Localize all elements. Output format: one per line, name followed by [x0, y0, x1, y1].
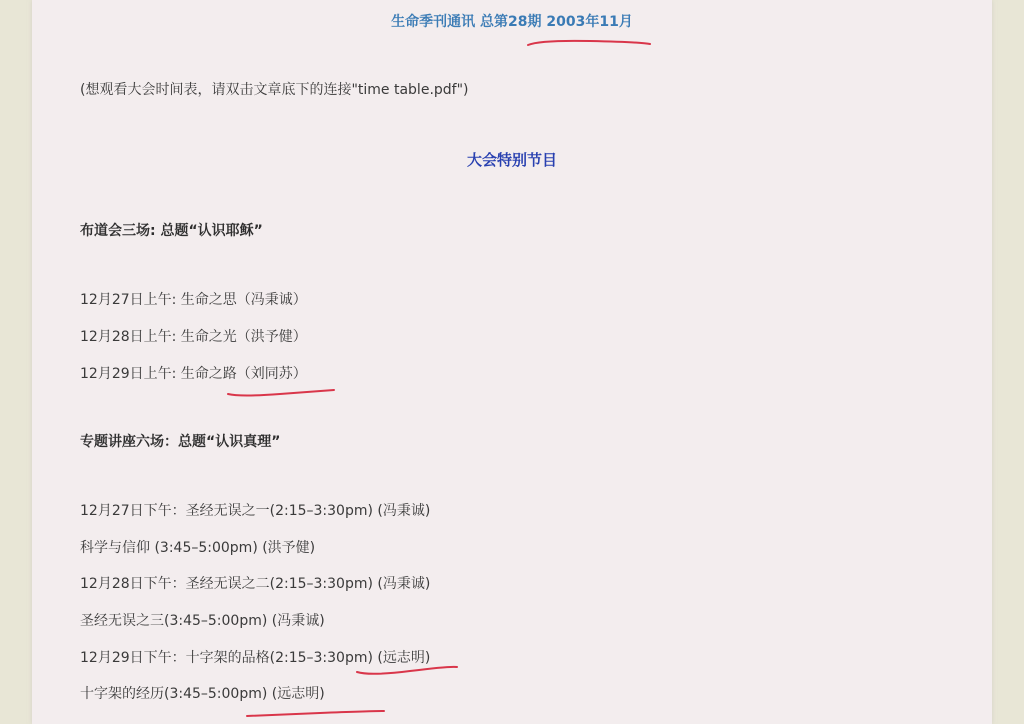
lecture-item: 12月29日下午：十字架的品格(2:15–3:30pm) (远志明) [80, 649, 430, 667]
section-title: 大会特别节目 [32, 151, 992, 169]
sermon-item: 12月29日上午: 生命之路（刘同苏） [80, 365, 307, 383]
lecture-item: 圣经无误之三(3:45–5:00pm) (冯秉诚) [80, 612, 325, 630]
timetable-note: (想观看大会时间表，请双击文章底下的连接"time table.pdf") [80, 81, 469, 99]
lectures-heading: 专题讲座六场：总题“认识真理” [80, 433, 280, 451]
lecture-item: 12月27日下午：圣经无误之一(2:15–3:30pm) (冯秉诚) [80, 502, 430, 520]
sermon-item: 12月27日上午: 生命之思（冯秉诚） [80, 291, 307, 309]
document-page: 生命季刊通讯 总第28期 2003年11月 (想观看大会时间表，请双击文章底下的… [32, 0, 992, 724]
lecture-item: 科学与信仰 (3:45–5:00pm) (洪予健) [80, 539, 315, 557]
masthead-title: 生命季刊通讯 总第28期 2003年11月 [32, 13, 992, 31]
lecture-item: 12月28日下午：圣经无误之二(2:15–3:30pm) (冯秉诚) [80, 575, 430, 593]
sermons-heading: 布道会三场: 总题“认识耶稣” [80, 222, 263, 240]
sermon-item: 12月28日上午: 生命之光（洪予健） [80, 328, 307, 346]
lecture-item: 十字架的经历(3:45–5:00pm) (远志明) [80, 685, 325, 703]
